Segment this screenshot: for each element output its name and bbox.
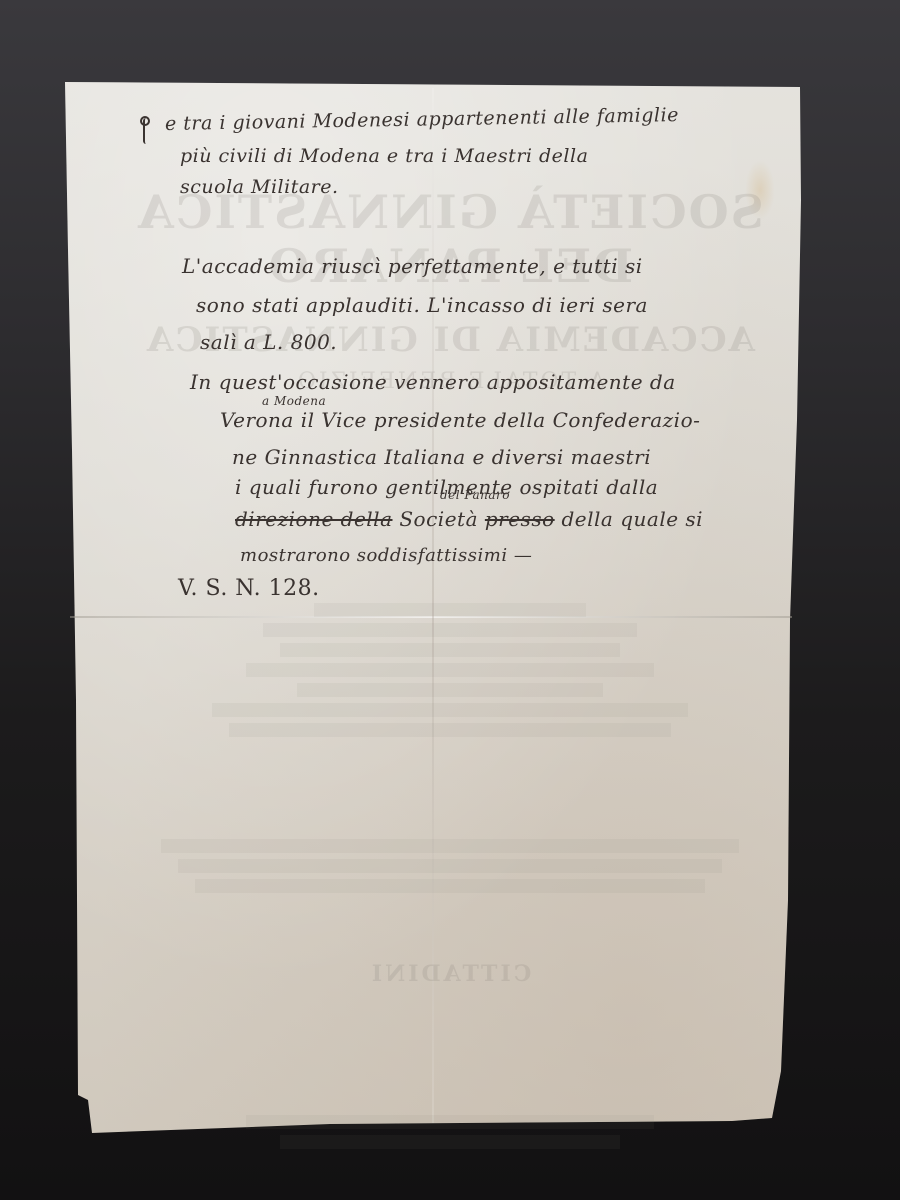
interlinear-insert-panaro: del Panaro bbox=[440, 488, 510, 502]
hand-line-2-text: più civili di Modena e tra i Maestri del… bbox=[180, 145, 588, 167]
struck-text-direzione: direzione della bbox=[235, 507, 393, 531]
hand-line-4: L'accademia riuscì perfettamente, e tutt… bbox=[182, 254, 643, 278]
text-della-quale: della quale si bbox=[562, 507, 704, 531]
hand-line-9: ne Ginnastica Italiana e diversi maestri bbox=[232, 445, 651, 469]
hand-line-2: più civili di Modena e tra i Maestri del… bbox=[180, 145, 588, 167]
text-societa: Società bbox=[399, 507, 478, 531]
opening-mark bbox=[143, 118, 151, 144]
hand-line-7: In quest'occasione vennero appositamente… bbox=[190, 370, 676, 394]
struck-text-presso: presso bbox=[485, 507, 555, 531]
paper-stain bbox=[745, 160, 775, 220]
horizontal-fold-line bbox=[70, 616, 792, 618]
hand-line-11: direzione della Società presso della qua… bbox=[235, 507, 703, 531]
hand-line-8: Verona il Vice presidente della Confeder… bbox=[220, 408, 700, 432]
vertical-fold-line bbox=[432, 88, 434, 1123]
hand-line-5: sono stati applauditi. L'incasso di ieri… bbox=[196, 293, 648, 317]
interlinear-insert-modena: a Modena bbox=[262, 394, 326, 408]
hand-line-6: salì a L. 800. bbox=[200, 330, 337, 354]
reference-number: V. S. N. 128. bbox=[178, 576, 320, 601]
hand-line-3: scuola Militare. bbox=[180, 176, 339, 198]
hand-line-12: mostrarono soddisfattissimi — bbox=[240, 545, 532, 566]
